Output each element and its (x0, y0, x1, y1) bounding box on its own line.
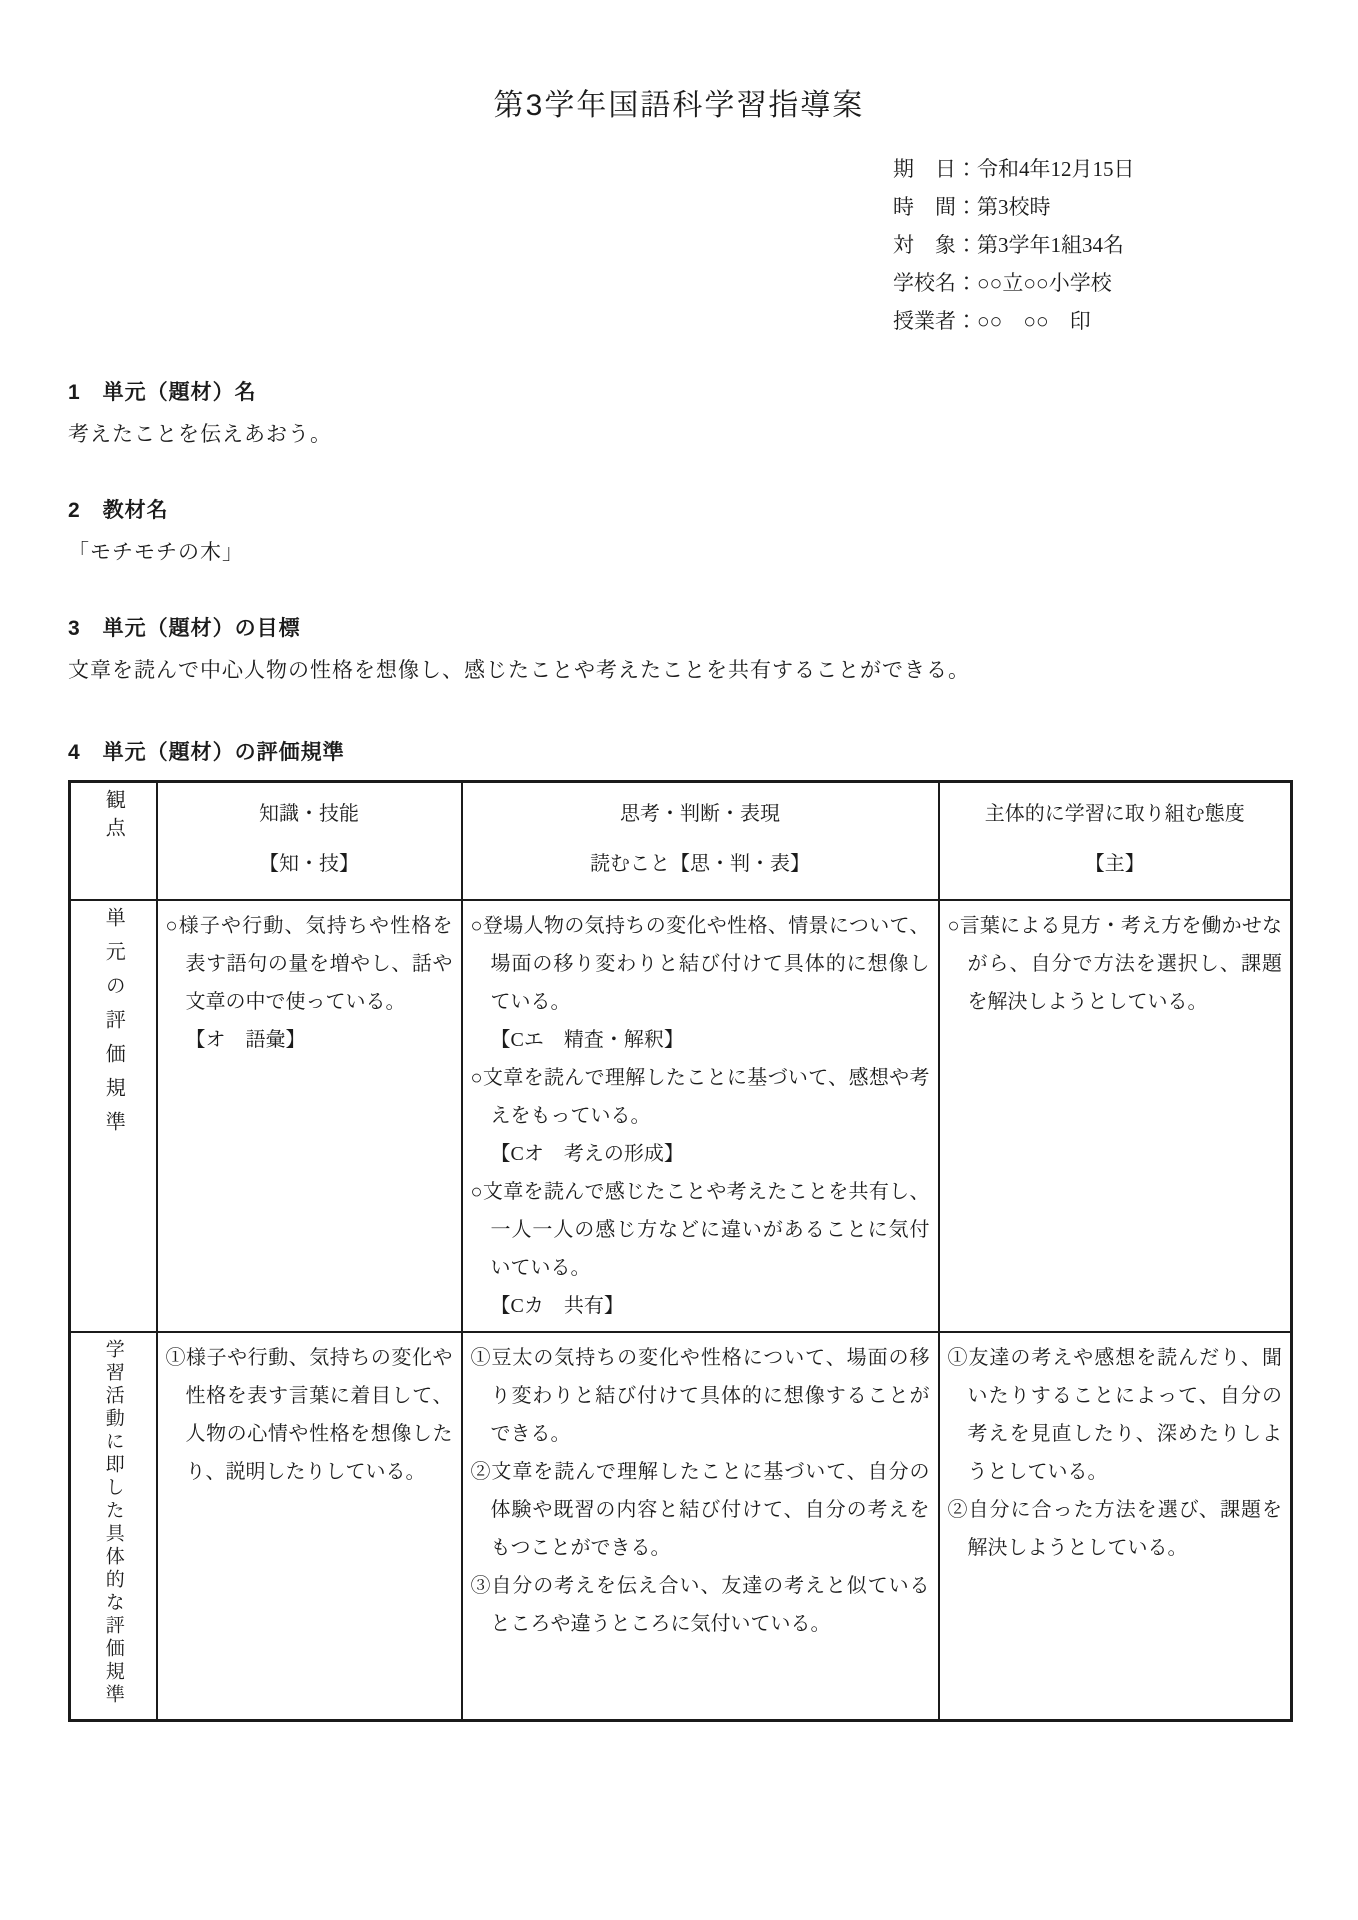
meta-teacher: 授業者：○○ ○○ 印 (893, 302, 1290, 340)
criteria-tag: 【Cオ 考えの形成】 (471, 1135, 930, 1173)
table-row-concrete-criteria: 学習活動に即した具体的な評価規準 ①様子や行動、気持ちの変化や性格を表す言葉に着… (70, 1332, 1292, 1721)
column-header-line2: 【主】 (948, 839, 1283, 889)
document-title: 第3学年国語科学習指導案 (68, 80, 1290, 124)
lesson-plan-document: 第3学年国語科学習指導案 期 日：令和4年12月15日 時 間：第3校時 対 象… (0, 0, 1358, 1920)
table-cell: ①様子や行動、気持ちの変化や性格を表す言葉に着目して、人物の心情や性格を想像した… (157, 1332, 462, 1721)
table-cell: ○様子や行動、気持ちや性格を表す語句の量を増やし、話や文章の中で使っている。 【… (157, 900, 462, 1332)
section-heading: 1 単元（題材）名 (68, 376, 1290, 406)
meta-target: 対 象：第3学年1組34名 (893, 226, 1290, 264)
column-header-thinking-judgment-expression: 思考・判断・表現 読むこと【思・判・表】 (462, 782, 939, 900)
criteria-item: ①友達の考えや感想を読んだり、聞いたりすることによって、自分の考えを見直したり、… (948, 1339, 1283, 1491)
table-cell: ○登場人物の気持ちの変化や性格、情景について、場面の移り変わりと結び付けて具体的… (462, 900, 939, 1332)
criteria-item: ○文章を読んで理解したことに基づいて、感想や考えをもっている。 (471, 1059, 930, 1135)
table-cell: ○言葉による見方・考え方を働かせながら、自分で方法を選択し、課題を解決しようとし… (939, 900, 1292, 1332)
criteria-item: ②自分に合った方法を選び、課題を解決しようとしている。 (948, 1491, 1283, 1567)
corner-header-viewpoint: 観点 (70, 782, 157, 900)
meta-school: 学校名：○○立○○小学校 (893, 264, 1290, 302)
section-body: 文章を読んで中心人物の性格を想像し、感じたことや考えたことを共有することができる… (68, 654, 1290, 684)
criteria-tag: 【Cカ 共有】 (471, 1287, 930, 1325)
column-header-line2: 読むこと【思・判・表】 (471, 839, 930, 889)
section-heading: 3 単元（題材）の目標 (68, 612, 1290, 642)
criteria-tag: 【Cエ 精査・解釈】 (471, 1021, 930, 1059)
section-body: 考えたことを伝えあおう。 (68, 418, 1290, 448)
criteria-item: ①様子や行動、気持ちの変化や性格を表す言葉に着目して、人物の心情や性格を想像した… (166, 1339, 453, 1491)
evaluation-criteria-table: 観点 知識・技能 【知・技】 思考・判断・表現 読むこと【思・判・表】 主体的に… (68, 780, 1293, 1722)
row-header-concrete-criteria: 学習活動に即した具体的な評価規準 (70, 1332, 157, 1721)
corner-header-label: 観点 (103, 789, 123, 845)
section-heading: 2 教材名 (68, 494, 1290, 524)
row-header-label: 学習活動に即した具体的な評価規準 (104, 1339, 123, 1707)
row-header-label: 単元の評価規準 (103, 907, 123, 1145)
section-unit-goal: 3 単元（題材）の目標 文章を読んで中心人物の性格を想像し、感じたことや考えたこ… (68, 612, 1290, 684)
section-evaluation-criteria: 4 単元（題材）の評価規準 観点 知識・技能 【知・技】 (68, 736, 1290, 1722)
meta-info-block: 期 日：令和4年12月15日 時 間：第3校時 対 象：第3学年1組34名 学校… (893, 150, 1290, 340)
column-header-line1: 主体的に学習に取り組む態度 (948, 789, 1283, 839)
table-header-row: 観点 知識・技能 【知・技】 思考・判断・表現 読むこと【思・判・表】 主体的に… (70, 782, 1292, 900)
section-body: 「モチモチの木」 (68, 536, 1290, 566)
criteria-item: ①豆太の気持ちの変化や性格について、場面の移り変わりと結び付けて具体的に想像する… (471, 1339, 930, 1453)
criteria-item: ○文章を読んで感じたことや考えたことを共有し、一人一人の感じ方などに違いがあるこ… (471, 1173, 930, 1287)
criteria-item: ②文章を読んで理解したことに基づいて、自分の体験や既習の内容と結び付けて、自分の… (471, 1453, 930, 1567)
section-material-name: 2 教材名 「モチモチの木」 (68, 494, 1290, 566)
criteria-item: ○様子や行動、気持ちや性格を表す語句の量を増やし、話や文章の中で使っている。 (166, 907, 453, 1021)
column-header-line1: 知識・技能 (166, 789, 453, 839)
column-header-knowledge-skills: 知識・技能 【知・技】 (157, 782, 462, 900)
table-cell: ①友達の考えや感想を読んだり、聞いたりすることによって、自分の考えを見直したり、… (939, 1332, 1292, 1721)
criteria-item: ○登場人物の気持ちの変化や性格、情景について、場面の移り変わりと結び付けて具体的… (471, 907, 930, 1021)
section-heading: 4 単元（題材）の評価規準 (68, 736, 1290, 766)
column-header-attitude: 主体的に学習に取り組む態度 【主】 (939, 782, 1292, 900)
criteria-tag: 【オ 語彙】 (166, 1021, 453, 1059)
table-row-unit-criteria: 単元の評価規準 ○様子や行動、気持ちや性格を表す語句の量を増やし、話や文章の中で… (70, 900, 1292, 1332)
criteria-item: ③自分の考えを伝え合い、友達の考えと似ているところや違うところに気付いている。 (471, 1567, 930, 1643)
column-header-line2: 【知・技】 (166, 839, 453, 889)
meta-period: 時 間：第3校時 (893, 188, 1290, 226)
column-header-line1: 思考・判断・表現 (471, 789, 930, 839)
table-cell: ①豆太の気持ちの変化や性格について、場面の移り変わりと結び付けて具体的に想像する… (462, 1332, 939, 1721)
criteria-item: ○言葉による見方・考え方を働かせながら、自分で方法を選択し、課題を解決しようとし… (948, 907, 1283, 1021)
row-header-unit-criteria: 単元の評価規準 (70, 900, 157, 1332)
section-unit-name: 1 単元（題材）名 考えたことを伝えあおう。 (68, 376, 1290, 448)
meta-date: 期 日：令和4年12月15日 (893, 150, 1290, 188)
